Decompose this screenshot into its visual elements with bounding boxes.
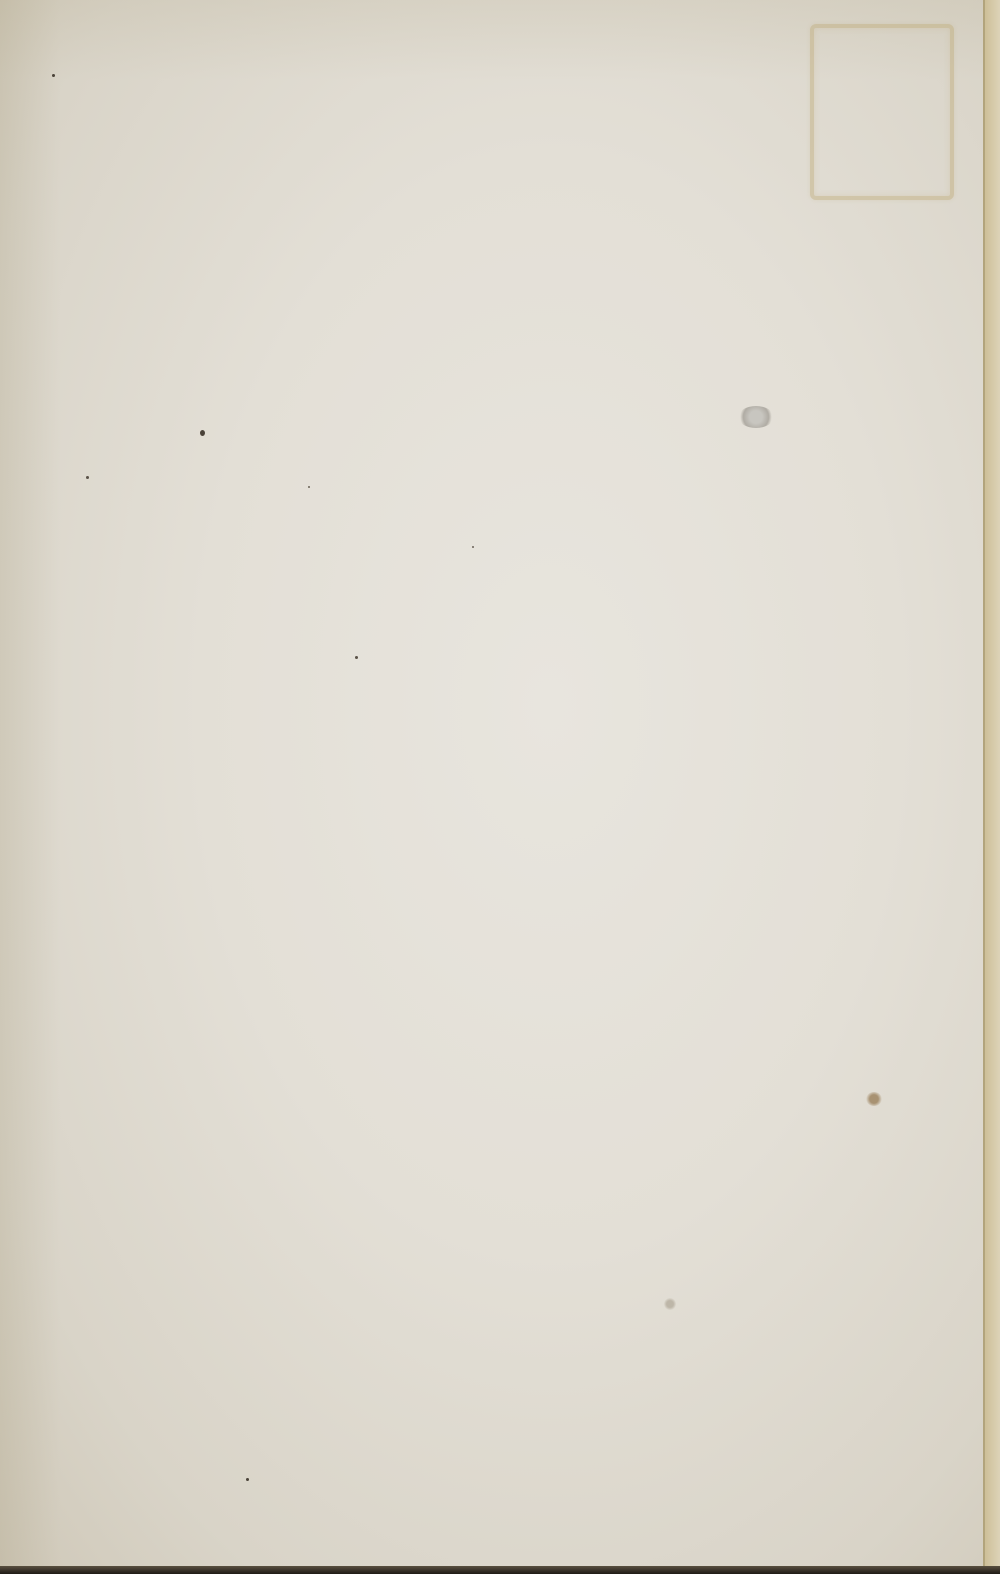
speck bbox=[355, 656, 358, 659]
speck bbox=[472, 546, 474, 548]
brown-spot bbox=[866, 1092, 882, 1106]
speck bbox=[308, 486, 310, 488]
grey-spot bbox=[664, 1298, 676, 1310]
speck bbox=[86, 476, 89, 479]
speck bbox=[200, 430, 205, 436]
left-shadow bbox=[0, 0, 60, 1566]
blank-page bbox=[0, 0, 1000, 1566]
paper-blemish bbox=[738, 406, 774, 428]
square-stain bbox=[810, 24, 954, 200]
speck bbox=[246, 1478, 249, 1481]
speck bbox=[52, 74, 55, 77]
bottom-scan-edge bbox=[0, 1566, 1000, 1574]
right-page-margin bbox=[985, 0, 1000, 1566]
